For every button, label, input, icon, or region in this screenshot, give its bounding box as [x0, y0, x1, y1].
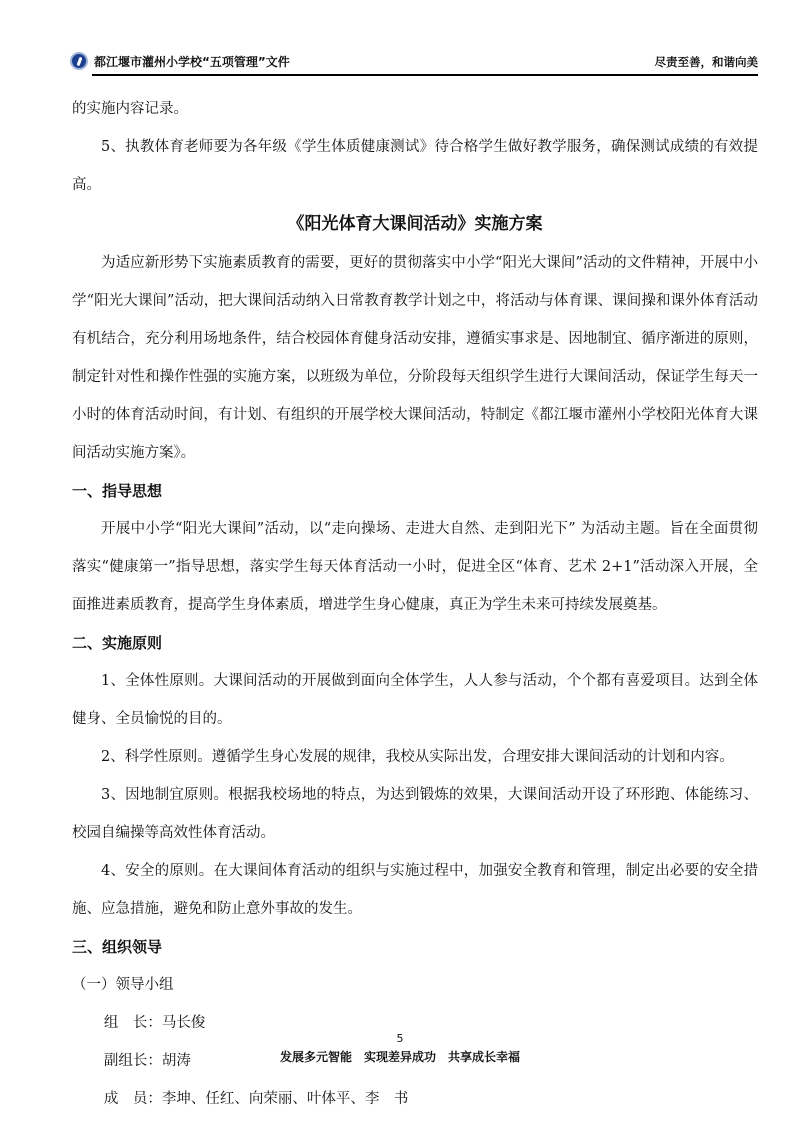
paragraph-item-5: 5、执教体育老师要为各年级《学生体质健康测试》待合格学生做好教学服务，确保测试成…	[72, 128, 758, 204]
document-title: 《阳光体育大课间活动》实施方案	[72, 204, 758, 244]
principle-item: 1、全体性原则。大课间活动的开展做到面向全体学生，人人参与活动，个个都有喜爱项目…	[72, 662, 758, 738]
section-text-guiding-thought: 开展中小学“阳光大课间”活动，以“走向操场、走进大自然、走到阳光下” 为活动主题…	[72, 510, 758, 624]
page-number: 5	[0, 1032, 800, 1045]
paragraph-continuation: 的实施内容记录。	[72, 90, 758, 128]
section-heading-principles: 二、实施原则	[72, 624, 758, 662]
section-heading-leadership: 三、组织领导	[72, 928, 758, 966]
member-line: 成 员：李坤、任红、向荣丽、叶体平、李 书	[72, 1080, 758, 1118]
header-title: 都江堰市灌州小学校“五项管理”文件	[94, 53, 290, 70]
page-header: 都江堰市灌州小学校“五项管理”文件 尽责至善，和谐向美	[70, 50, 758, 76]
header-motto: 尽责至善，和谐向美	[655, 54, 759, 70]
footer-slogan: 发展多元智能 实现差异成功 共享成长幸福	[0, 1048, 800, 1065]
principle-item: 3、因地制宜原则。根据我校场地的特点，为达到锻炼的效果，大课间活动开设了环形跑、…	[72, 776, 758, 852]
section-heading-guiding-thought: 一、指导思想	[72, 472, 758, 510]
document-body: 的实施内容记录。 5、执教体育老师要为各年级《学生体质健康测试》待合格学生做好教…	[72, 90, 758, 1118]
header-divider	[92, 74, 758, 76]
principle-item: 2、科学性原则。遵循学生身心发展的规律，我校从实际出发，合理安排大课间活动的计划…	[72, 738, 758, 776]
subheading-leading-group: （一）领导小组	[72, 966, 758, 1004]
school-emblem-icon	[70, 52, 88, 70]
intro-paragraph: 为适应新形势下实施素质教育的需要，更好的贯彻落实中小学“阳光大课间”活动的文件精…	[72, 244, 758, 472]
header-left: 都江堰市灌州小学校“五项管理”文件	[70, 52, 290, 70]
principle-item: 4、安全的原则。在大课间体育活动的组织与实施过程中，加强安全教育和管理，制定出必…	[72, 852, 758, 928]
